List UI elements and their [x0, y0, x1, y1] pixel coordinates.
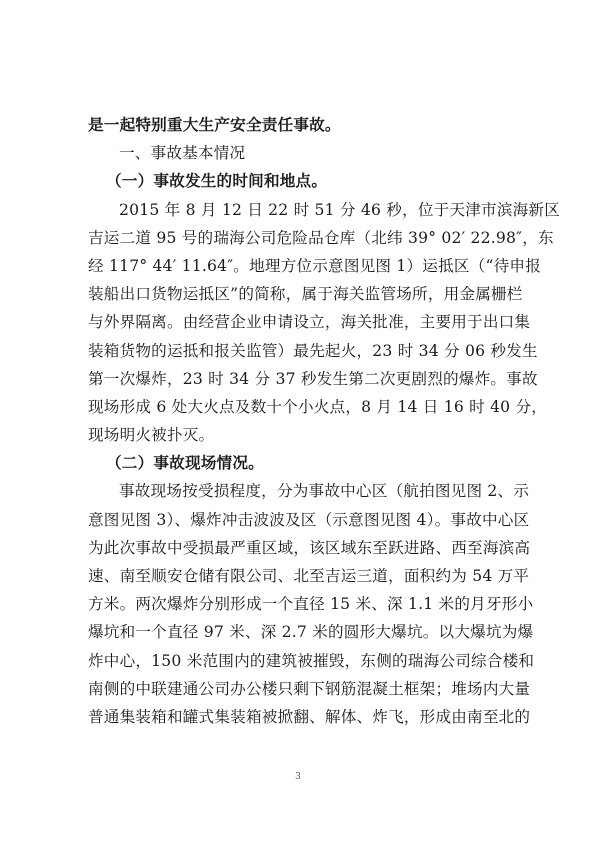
paragraph-line: 2015 年 8 月 12 日 22 时 51 分 46 秒，位于天津市滨海新区: [88, 196, 514, 224]
section-heading-basic-info: 一、事故基本情况: [88, 139, 514, 167]
paragraph-line: 第一次爆炸，23 时 34 分 37 秒发生第二次更剧烈的爆炸。事故: [88, 365, 514, 393]
paragraph-line: 爆坑和一个直径 97 米、深 2.7 米的圆形大爆坑。以大爆坑为爆: [88, 618, 514, 646]
paragraph-line: 意图见图 3）、爆炸冲击波波及区（示意图见图 4）。事故中心区: [88, 506, 514, 534]
paragraph-line: 现场形成 6 处大火点及数十个小火点，8 月 14 日 16 时 40 分，: [88, 393, 514, 421]
paragraph-line: 现场明火被扑灭。: [88, 421, 514, 449]
subsection-heading-scene: （二）事故现场情况。: [88, 449, 514, 477]
paragraph-line: 南侧的中联建通公司办公楼只剩下钢筋混凝土框架；堆场内大量: [88, 675, 514, 703]
paragraph-line: 速、南至顺安仓储有限公司、北至吉运三道，面积约为 54 万平: [88, 562, 514, 590]
page-body: 是一起特别重大生产安全责任事故。 一、事故基本情况 （一）事故发生的时间和地点。…: [88, 111, 514, 731]
paragraph-line: 普通集装箱和罐式集装箱被掀翻、解体、炸飞，形成由南至北的: [88, 703, 514, 731]
paragraph-line: 与外界隔离。由经营企业申请设立，海关批准，主要用于出口集: [88, 308, 514, 336]
paragraph-line: 事故现场按受损程度，分为事故中心区（航拍图见图 2、示: [88, 477, 514, 505]
paragraph-line: 方米。两次爆炸分别形成一个直径 15 米、深 1.1 米的月牙形小: [88, 590, 514, 618]
page-number: 3: [0, 772, 596, 782]
opening-line: 是一起特别重大生产安全责任事故。: [88, 111, 514, 139]
document-page: 是一起特别重大生产安全责任事故。 一、事故基本情况 （一）事故发生的时间和地点。…: [0, 0, 596, 842]
paragraph-line: 装箱货物的运抵和报关监管）最先起火，23 时 34 分 06 秒发生: [88, 337, 514, 365]
paragraph-line: 经 117° 44′ 11.64″。地理方位示意图见图 1）运抵区（“待申报: [88, 252, 514, 280]
paragraph-line: 装船出口货物运抵区”的简称，属于海关监管场所，用金属栅栏: [88, 280, 514, 308]
paragraph-line: 吉运二道 95 号的瑞海公司危险品仓库（北纬 39° 02′ 22.98″，东: [88, 224, 514, 252]
subsection-heading-time-place: （一）事故发生的时间和地点。: [88, 167, 514, 195]
paragraph-line: 炸中心，150 米范围内的建筑被摧毁，东侧的瑞海公司综合楼和: [88, 647, 514, 675]
paragraph-line: 为此次事故中受损最严重区域，该区域东至跃进路、西至海滨高: [88, 534, 514, 562]
